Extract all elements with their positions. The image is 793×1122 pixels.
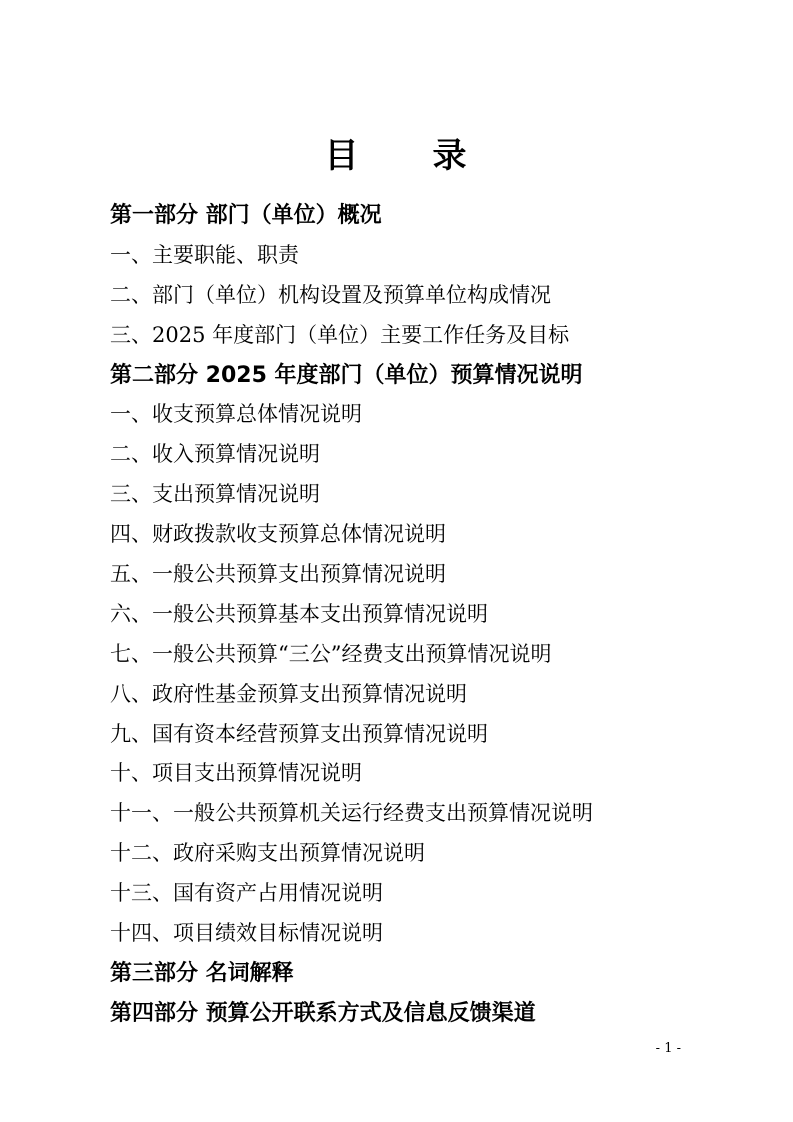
toc-item-p2-3: 三、支出预算情况说明 [110, 475, 733, 515]
toc-item-p2-2: 二、收入预算情况说明 [110, 435, 733, 475]
document-page: 目 录 第一部分 部门（单位）概况 一、主要职能、职责 二、部门（单位）机构设置… [0, 0, 793, 1122]
toc-item-p2-12: 十二、政府采购支出预算情况说明 [110, 834, 733, 874]
toc-item-p1-3: 三、2025 年度部门（单位）主要工作任务及目标 [110, 316, 733, 356]
table-of-contents: 第一部分 部门（单位）概况 一、主要职能、职责 二、部门（单位）机构设置及预算单… [110, 196, 733, 1034]
toc-item-p2-8: 八、政府性基金预算支出预算情况说明 [110, 675, 733, 715]
toc-section-part3: 第三部分 名词解释 [110, 954, 733, 994]
toc-item-p2-11: 十一、一般公共预算机关运行经费支出预算情况说明 [110, 794, 733, 834]
toc-item-p2-7: 七、一般公共预算“三公”经费支出预算情况说明 [110, 635, 733, 675]
toc-section-part1: 第一部分 部门（单位）概况 [110, 196, 733, 236]
toc-section-part2: 第二部分 2025 年度部门（单位）预算情况说明 [110, 356, 733, 396]
toc-item-p2-9: 九、国有资本经营预算支出预算情况说明 [110, 715, 733, 755]
toc-item-p2-13: 十三、国有资产占用情况说明 [110, 874, 733, 914]
toc-item-p2-4: 四、财政拨款收支预算总体情况说明 [110, 515, 733, 555]
toc-item-p1-2: 二、部门（单位）机构设置及预算单位构成情况 [110, 276, 733, 316]
toc-item-p2-14: 十四、项目绩效目标情况说明 [110, 914, 733, 954]
toc-item-p2-1: 一、收支预算总体情况说明 [110, 395, 733, 435]
toc-item-p1-1: 一、主要职能、职责 [110, 236, 733, 276]
page-number: - 1 - [656, 1041, 681, 1056]
toc-item-p2-5: 五、一般公共预算支出预算情况说明 [110, 555, 733, 595]
page-title: 目 录 [0, 134, 793, 178]
toc-item-p2-10: 十、项目支出预算情况说明 [110, 754, 733, 794]
toc-section-part4: 第四部分 预算公开联系方式及信息反馈渠道 [110, 994, 733, 1034]
toc-item-p2-6: 六、一般公共预算基本支出预算情况说明 [110, 595, 733, 635]
